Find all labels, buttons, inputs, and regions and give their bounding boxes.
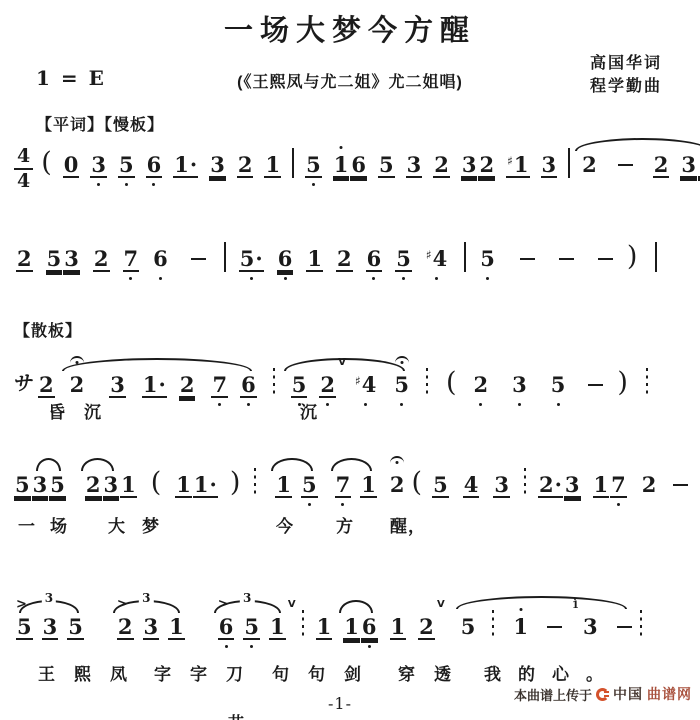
note-digit: 6 [152,246,169,272]
note: 3 [63,246,80,272]
note-digit: 2 [237,152,254,178]
notation-row: サ2231·27652V♯45(235) [14,366,694,398]
octave-dot [368,645,371,648]
barline [292,148,294,178]
octave-dots-below [341,503,344,506]
note: 1 [390,614,407,640]
octave-dot-above [340,146,343,149]
lyric-syllable: 场 [50,512,68,537]
note-digit: 3 [564,472,581,498]
duration-dash [520,258,535,260]
note: 5 [243,614,260,640]
note-group: 12V [378,614,435,640]
lyric-syllable: 字 [154,660,172,685]
note: 6 [146,152,163,178]
note-digit: 2 [85,472,102,498]
note: 31 [582,614,599,640]
slurred-note-group: 2235 [570,152,700,178]
note-digit: 2 [653,152,670,178]
note-digit: 2 [473,372,490,398]
breath-mark: V [338,358,346,368]
note-digit: 3 [42,614,59,640]
notation-row: 35>3532>3136>51V11612V5131 [14,608,694,640]
time-signature-numerator: 4 [14,147,33,170]
note-digit: 5 [395,246,412,272]
note: 6 [366,246,383,272]
slurred-note-group: 35>35 [14,614,84,640]
lyric-syllable: 方 [336,512,354,537]
lyric-syllable: 沉 [84,398,102,423]
duration-dash [559,258,574,260]
lyric-syllable: 句 [272,660,290,685]
notation-row: 44(03561·32151653232♯13223553 [14,146,694,178]
note: ♯1 [506,152,529,178]
notation-row: 2532765·61265♯45) [14,240,694,272]
octave-dots-below [312,183,315,186]
note-digit: 3 [103,472,120,498]
note: 5 [550,372,567,398]
slurred-note-group: 16 [334,614,377,640]
lyric-syllable: 穿 [398,660,416,685]
octave-dots-below [225,645,228,648]
dotted-barline [254,468,256,498]
open-parenthesis: ( [412,470,423,498]
note: 5 [14,472,31,498]
note-group: (11·) [137,468,257,498]
site-logo-icon [596,688,609,701]
lyric-syllable: 昏 [48,398,66,423]
slurred-note-group: 52V♯45 [279,372,410,398]
note-digit: 5 [393,372,410,398]
lyric-syllable: 剑 [344,660,362,685]
note-digit: 1· [173,152,198,178]
note-digit: 6 [240,372,257,398]
octave-dots-below [402,277,405,280]
octave-dot [284,277,287,280]
octave-dot [308,503,311,506]
note-digit: 7 [211,372,228,398]
lyric-syllable: 字 [190,660,208,685]
note: 2 [93,246,110,272]
augmentation-dot: · [159,372,166,397]
tuplet-number: 3 [240,592,254,604]
note: 3 [406,152,423,178]
clipped-character: 艹 [228,710,244,720]
octave-dots-below [129,277,132,280]
note-digit: 1 [343,614,360,640]
note: 3 [541,152,558,178]
dotted-barline [426,368,428,398]
note-group: 1 [304,614,333,640]
note-digit: 1· [142,372,167,398]
note-digit: 5 [16,614,33,640]
lyric-syllable: 我 [484,660,502,685]
note: 3 [511,372,528,398]
note-digit: 6 [277,246,294,272]
score-page: 一场大梦今方醒 1 = E (《王熙凤与尤二姐》尤二姐唱) 高国华词 程学勤曲 … [0,0,700,720]
octave-dots-below [284,277,287,280]
note-group: 1 [119,472,137,498]
augmentation-dot: · [190,152,197,177]
note: 3 [32,472,49,498]
lyric-syllable: 梦 [142,512,160,537]
page-number: -1- [328,694,352,713]
lyric-syllable: 心 [552,660,570,685]
section-label: 【平词】【慢板】 [36,112,164,135]
note-digit: 3 [109,372,126,398]
music-system: 2532765·61265♯45) [14,240,694,272]
note-digit: 3 [406,152,423,178]
note: 1 [168,614,185,640]
logo-bar [604,695,609,697]
note-digit: 5 [46,246,63,272]
tuplet-number: 3 [42,592,56,604]
time-signature: 44 [14,147,33,191]
sharp-accidental: ♯ [426,248,432,262]
note-digit: 3 [209,152,226,178]
note: 1 [360,472,377,498]
sharp-accidental: ♯ [355,374,361,388]
note: 7 [211,372,228,398]
note-digit: 1 [120,472,137,498]
note: 6 [240,372,257,398]
barline [464,242,466,272]
slurred-note-group: 35 [31,472,66,498]
note: 5 [67,614,84,640]
note-digit: ♯4 [354,372,377,398]
octave-dots-below [372,277,375,280]
dotted-barline [492,610,494,640]
note: 3 [90,152,107,178]
slurred-note-group: 5131 [451,610,632,640]
duration-dash [617,626,632,628]
note: 6 [277,246,294,272]
note: 2 [237,152,254,178]
note: 6 [361,614,378,640]
octave-dot [486,277,489,280]
note-digit: ♯4 [425,246,448,272]
note: 3 [103,472,120,498]
note-digit: 7 [610,472,627,498]
note: 1V [269,614,286,640]
lyric-syllable: 刀 [226,660,244,685]
music-system: 535231(11·)15712(5432·3172)一场大梦今方醒， [14,466,694,498]
duration-dash [588,384,603,386]
note-digit: 5 [479,246,496,272]
octave-dots-below [486,277,489,280]
note: 5 [432,472,449,498]
accent-mark: > [117,598,128,611]
slurred-note-group: 36>51V [209,614,286,640]
note-digit: 6 [218,614,235,640]
open-parenthesis: ( [41,150,52,178]
note-digit: 3 [493,472,510,498]
slurred-note-group: 71 [326,472,377,498]
dotted-barline [273,368,275,398]
note-digit: 5 [118,152,135,178]
note: 2 [38,372,55,398]
note-digit: 7 [335,472,352,498]
note: 2 [581,152,598,178]
octave-dots-below [368,645,371,648]
note-digit: 3 [32,472,49,498]
note-digit: 5 [432,472,449,498]
note: 2 [433,152,450,178]
octave-dot [372,277,375,280]
note: 1 [512,614,529,640]
note: 3 [143,614,160,640]
note: 2 [641,472,658,498]
note-digit: 3 [582,614,599,640]
note: 5 [393,372,410,398]
barline [655,242,657,272]
note: 1· [142,372,167,398]
note-digit: 3 [680,152,697,178]
octave-dot [312,183,315,186]
note-digit: 5 [460,614,477,640]
note: ♯4 [425,246,448,272]
note-digit: 3 [511,372,528,398]
note-group: 2532765·61265♯45) [14,242,657,272]
note-digit: 4 [463,472,480,498]
octave-dot [159,277,162,280]
note: 5 [301,472,318,498]
note-digit: 6 [146,152,163,178]
note-digit: 2 [179,372,196,398]
note: ♯4 [354,372,377,398]
note-digit: 2 [478,152,495,178]
note-digit: 5 [49,472,66,498]
note: 2 [653,152,670,178]
note: 1· [173,152,198,178]
note-digit: 1 [512,614,529,640]
lyric-syllable: 熙 [74,660,92,685]
note: 5> [16,614,33,640]
note-digit: 1 [175,472,192,498]
note: 3 [493,472,510,498]
note-digit: 3 [90,152,107,178]
note-digit: 1· [193,472,218,498]
octave-dot [250,645,253,648]
note: 5 [118,152,135,178]
section-label: 【散板】 [14,318,82,341]
note: 2· [538,472,563,498]
octave-dots-below [250,277,253,280]
lyric-syllable: 大 [108,512,126,537]
close-parenthesis: ) [627,244,638,272]
note-digit: 1 [390,614,407,640]
score-title: 一场大梦今方醒 [0,8,700,49]
note-digit: 2 [38,372,55,398]
note-digit: 1 [360,472,377,498]
lyric-syllable: 一 [18,512,36,537]
note-digit: 1 [269,614,286,640]
augmentation-dot: · [555,472,562,497]
note-digit: 7 [123,246,140,272]
upload-watermark: 本曲谱上传于 中国 曲谱网 [514,684,692,704]
time-signature-denominator: 4 [14,170,33,191]
note: 3 [209,152,226,178]
note: 7 [610,472,627,498]
music-system: 35>3532>3136>51V11612V5131王熙凤字字刀句句剑穿透我的心… [14,608,694,640]
note-digit: 2 [117,614,134,640]
dotted-barline [640,610,642,640]
note-group: (235) [410,368,648,398]
note-digit: 5 [305,152,322,178]
fermata-icon [395,356,409,363]
lyric-syllable: 句 [308,660,326,685]
note-digit: 5 [291,372,308,398]
octave-dot [152,183,155,186]
note-digit: 5 [550,372,567,398]
breath-mark: V [437,600,445,610]
note-digit: 2 [581,152,598,178]
note: 2 [179,372,196,398]
note-digit: 2 [319,372,336,398]
note: 1 [306,246,323,272]
lyric-syllable: 的 [518,660,536,685]
free-meter-mark: サ [12,367,36,396]
close-parenthesis: ) [617,370,628,398]
lyricist-credit: 高国华词 [590,52,662,75]
note: 3 [109,372,126,398]
close-parenthesis: ) [230,470,241,498]
fermata-icon [70,356,84,363]
octave-dot [617,503,620,506]
note-digit: 1 [316,614,333,640]
note-digit: 6 [366,246,383,272]
octave-dots-below [159,277,162,280]
note: 5 [291,372,308,398]
note: 6 [152,246,169,272]
octave-dot [125,183,128,186]
slurred-note-group: 23 [76,472,119,498]
note: 5 [395,246,412,272]
lyric-syllable: 沉 [300,398,318,423]
note: 3 [564,472,581,498]
note: 4 [463,472,480,498]
breath-mark: V [288,600,296,610]
note: 1 [343,614,360,640]
dotted-barline [524,468,526,498]
note: 2> [117,614,134,640]
augmentation-dot: · [210,472,217,497]
octave-dots-below [125,183,128,186]
augmentation-dot: · [255,246,262,271]
note: 5 [479,246,496,272]
note: 3 [680,152,697,178]
note-digit: 1 [264,152,281,178]
duration-dash [618,164,633,166]
music-system: 【平词】【慢板】44(03561·32151653232♯13223553 [14,146,694,178]
note-group: 2(5432·3172) [377,468,700,498]
note: 2 [473,372,490,398]
note-digit: 2· [538,472,563,498]
note-digit: 1 [306,246,323,272]
fermata-icon [390,456,404,463]
note: 5 [305,152,322,178]
note-digit: 0 [63,152,80,178]
note-group [257,368,275,398]
lyric-syllable: 醒， [390,512,426,537]
note: 2 [16,246,33,272]
note: 5 [46,246,63,272]
note: 2 [85,472,102,498]
note-digit: 3 [461,152,478,178]
note: 2 [69,372,86,398]
note-group: 5 [14,472,31,498]
slurred-note-group: 231·276 [57,372,257,398]
note: 2V [319,372,336,398]
note-digit: 2 [389,472,406,498]
tuplet-number: 3 [139,592,153,604]
octave-dot [402,277,405,280]
site-name-prefix: 中国 [613,684,643,704]
notation-row: 535231(11·)15712(5432·3172) [14,466,694,498]
octave-dot [129,277,132,280]
note-digit: 1 [333,152,350,178]
note: 2 [389,472,406,498]
sharp-accidental: ♯ [507,154,513,168]
note: 1 [316,614,333,640]
duration-dash [191,258,206,260]
note-digit: 3 [541,152,558,178]
note-group: ( [33,150,52,178]
octave-dot-above [519,608,522,611]
note: 5 [460,614,477,640]
composer-credit: 程学勤曲 [590,75,662,98]
octave-dots-below [97,183,100,186]
note: 0 [63,152,80,178]
note: 1 [333,152,350,178]
lyric-syllable: 王 [38,660,56,685]
octave-dots-below [435,277,438,280]
open-parenthesis: ( [446,370,457,398]
note-group: 03561·32151653232♯13 [52,148,570,178]
dotted-barline [646,368,648,398]
note: 7 [335,472,352,498]
note: 6> [218,614,235,640]
duration-dash [598,258,613,260]
accent-mark: > [218,598,229,611]
octave-dots-below [617,503,620,506]
note-digit: 1 [275,472,292,498]
note: 5 [378,152,395,178]
note-group: 2 [34,372,55,398]
slurred-note-group: 15 [266,472,317,498]
lyric-syllable: 凤 [110,660,128,685]
grace-note: 1 [572,598,579,611]
note-digit: 3 [63,246,80,272]
note-digit: 3 [143,614,160,640]
note: 3 [42,614,59,640]
note: 1 [120,472,137,498]
note-digit: 2 [433,152,450,178]
note-digit: 2 [69,372,86,398]
octave-dot [250,277,253,280]
music-system: 【散板】サ2231·27652V♯45(235)昏沉沉 [14,366,694,398]
note: 1· [193,472,218,498]
note-digit: 2 [93,246,110,272]
note-digit: 2 [16,246,33,272]
accent-mark: > [16,598,27,611]
note-digit: 6 [361,614,378,640]
lyric-syllable: 。 [586,660,604,685]
note: 5· [239,246,264,272]
note-digit: 5 [301,472,318,498]
note: 2 [336,246,353,272]
octave-dots-below [308,503,311,506]
